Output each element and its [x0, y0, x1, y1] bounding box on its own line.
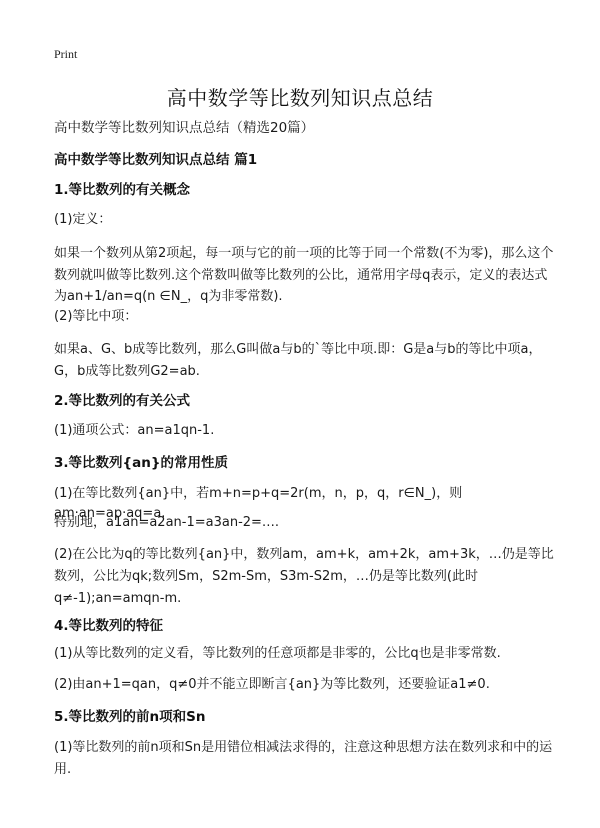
document-title: 高中数学等比数列知识点总结	[0, 82, 600, 111]
article-heading: 高中数学等比数列知识点总结 篇1	[54, 150, 554, 170]
section-heading-properties: 3.等比数列{an}的常用性质	[54, 453, 554, 473]
geometric-mean-paragraph: 如果a、G、b成等比数列，那么G叫做a与b的`等比中项.即：G是a与b的等比中项…	[54, 339, 554, 382]
section-heading-concepts: 1.等比数列的有关概念	[54, 180, 554, 200]
feature-paragraph-1: (1)从等比数列的定义看，等比数列的任意项都是非零的，公比q也是非零常数.	[54, 644, 554, 664]
section-heading-partial-sum: 5.等比数列的前n项和Sn	[54, 707, 554, 727]
definition-paragraph: 如果一个数列从第2项起，每一项与它的前一项的比等于同一个常数(不为零)，那么这个…	[54, 243, 554, 308]
definition-label: (1)定义：	[54, 210, 554, 230]
property-paragraph-2: (2)在公比为q的等比数列{an}中，数列am，am+k，am+2k，am+3k…	[54, 544, 554, 610]
feature-paragraph-2: (2)由an+1=qan，q≠0并不能立即断言{an}为等比数列，还要验证a1≠…	[54, 675, 554, 695]
section-heading-formulas: 2.等比数列的有关公式	[54, 391, 554, 411]
print-label: Print	[54, 47, 77, 62]
property-special-case: 特别地，a1an=a2an-1=a3an-2=….	[54, 513, 554, 533]
general-term-formula: (1)通项公式：an=a1qn-1.	[54, 421, 554, 441]
document-page: Print 高中数学等比数列知识点总结 高中数学等比数列知识点总结（精选20篇）…	[0, 0, 600, 828]
partial-sum-paragraph: (1)等比数列的前n项和Sn是用错位相减法求得的，注意这种思想方法在数列求和中的…	[54, 737, 554, 780]
section-heading-features: 4.等比数列的特征	[54, 616, 554, 636]
document-subtitle: 高中数学等比数列知识点总结（精选20篇）	[54, 118, 554, 138]
geometric-mean-label: (2)等比中项：	[54, 307, 554, 327]
